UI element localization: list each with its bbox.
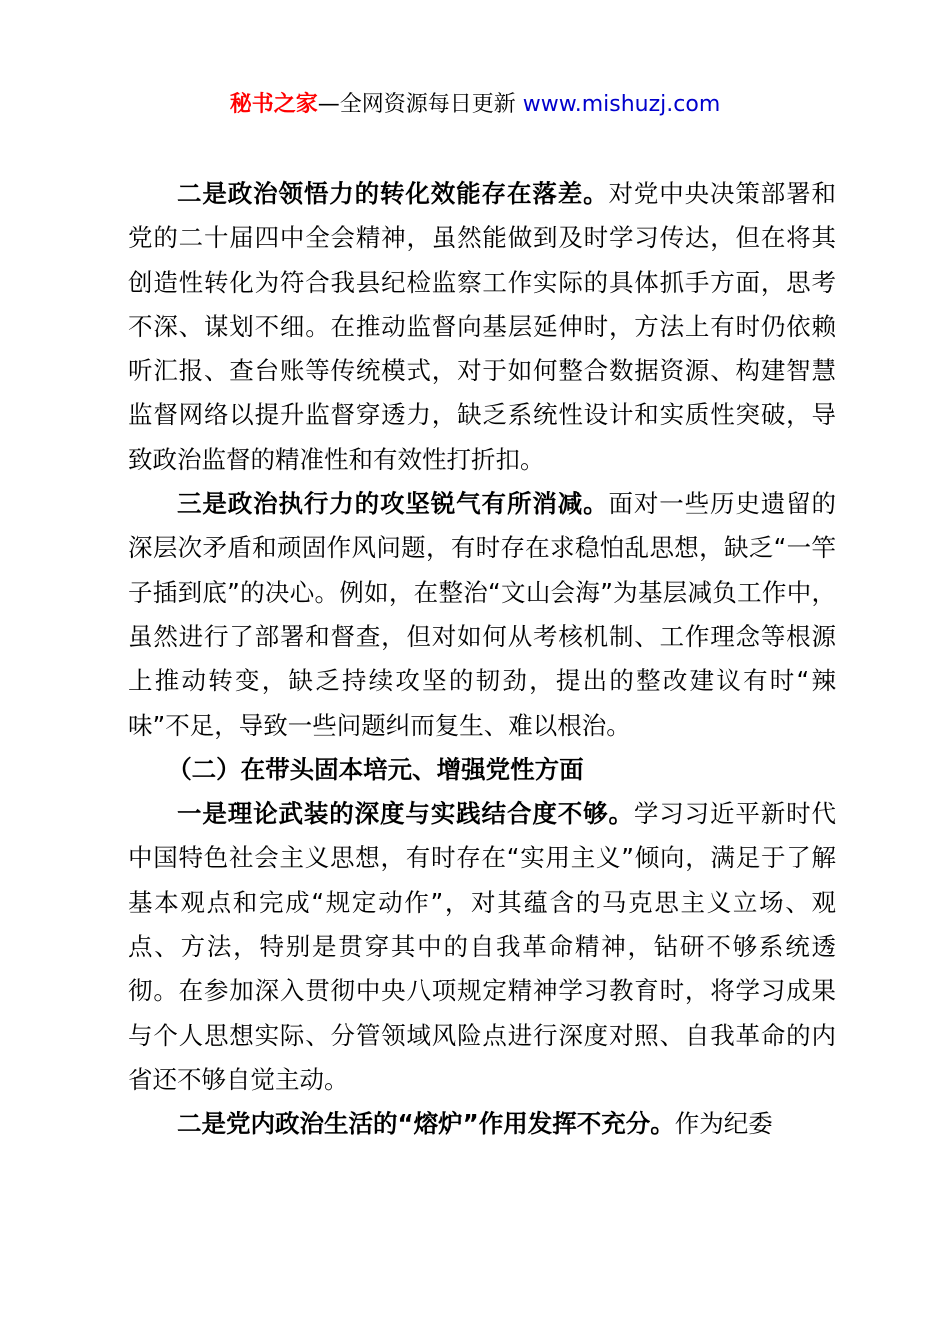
section-heading: （二）在带头固本培元、增强党性方面	[128, 748, 836, 792]
document-body: 二是政治领悟力的转化效能存在落差。对党中央决策部署和党的二十届四中全会精神，虽然…	[128, 172, 836, 1147]
paragraph-lead: 三是政治执行力的攻坚锐气有所消减。	[177, 489, 608, 518]
paragraph-lead: 二是政治领悟力的转化效能存在落差。	[177, 179, 608, 208]
paragraph-political-execution: 三是政治执行力的攻坚锐气有所消减。面对一些历史遗留的深层次矛盾和顽固作风问题，有…	[128, 482, 836, 748]
paragraph-political-comprehension: 二是政治领悟力的转化效能存在落差。对党中央决策部署和党的二十届四中全会精神，虽然…	[128, 172, 836, 482]
site-url-link[interactable]: www.mishuzj.com	[523, 92, 720, 117]
paragraph-party-life: 二是党内政治生活的“熔炉”作用发挥不充分。作为纪委	[128, 1102, 836, 1146]
paragraph-text: 作为纪委	[675, 1109, 773, 1138]
paragraph-lead: 一是理论武装的深度与实践结合度不够。	[177, 799, 634, 828]
paragraph-lead: 二是党内政治生活的“熔炉”作用发挥不充分。	[177, 1109, 675, 1138]
site-watermark-header: 秘书之家—全网资源每日更新 www.mishuzj.com	[0, 88, 950, 122]
paragraph-text: 学习习近平新时代中国特色社会主义思想，有时存在“实用主义”倾向，满足于了解基本观…	[128, 799, 836, 1094]
paragraph-theory-armament: 一是理论武装的深度与实践结合度不够。学习习近平新时代中国特色社会主义思想，有时存…	[128, 792, 836, 1102]
header-tagline: —全网资源每日更新	[318, 92, 523, 117]
brand-name: 秘书之家	[230, 92, 318, 117]
paragraph-text: 面对一些历史遗留的深层次矛盾和顽固作风问题，有时存在求稳怕乱思想，缺乏“一竿子插…	[128, 489, 836, 739]
paragraph-text: 对党中央决策部署和党的二十届四中全会精神，虽然能做到及时学习传达，但在将其创造性…	[128, 179, 836, 474]
